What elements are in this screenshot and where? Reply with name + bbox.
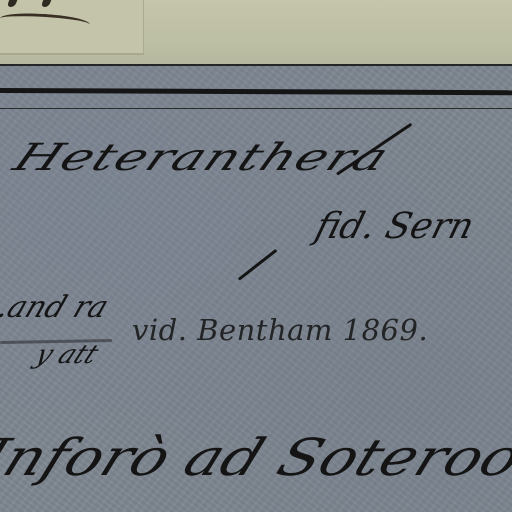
ink-mark bbox=[41, 0, 52, 7]
handwritten-bottom-line: Inforò ad Soteroo bbox=[0, 428, 512, 488]
ink-mark bbox=[7, 0, 18, 7]
ink-stroke bbox=[0, 12, 90, 32]
printed-annotation: vid. Bentham 1869. bbox=[132, 313, 428, 347]
ruled-line-bottom bbox=[0, 108, 512, 109]
pasted-label-slip bbox=[0, 0, 144, 55]
handwritten-left-fragment: ..and ra bbox=[0, 290, 113, 325]
ruled-line-top bbox=[0, 64, 512, 66]
handwritten-attribution: fid. Sern bbox=[311, 206, 478, 247]
